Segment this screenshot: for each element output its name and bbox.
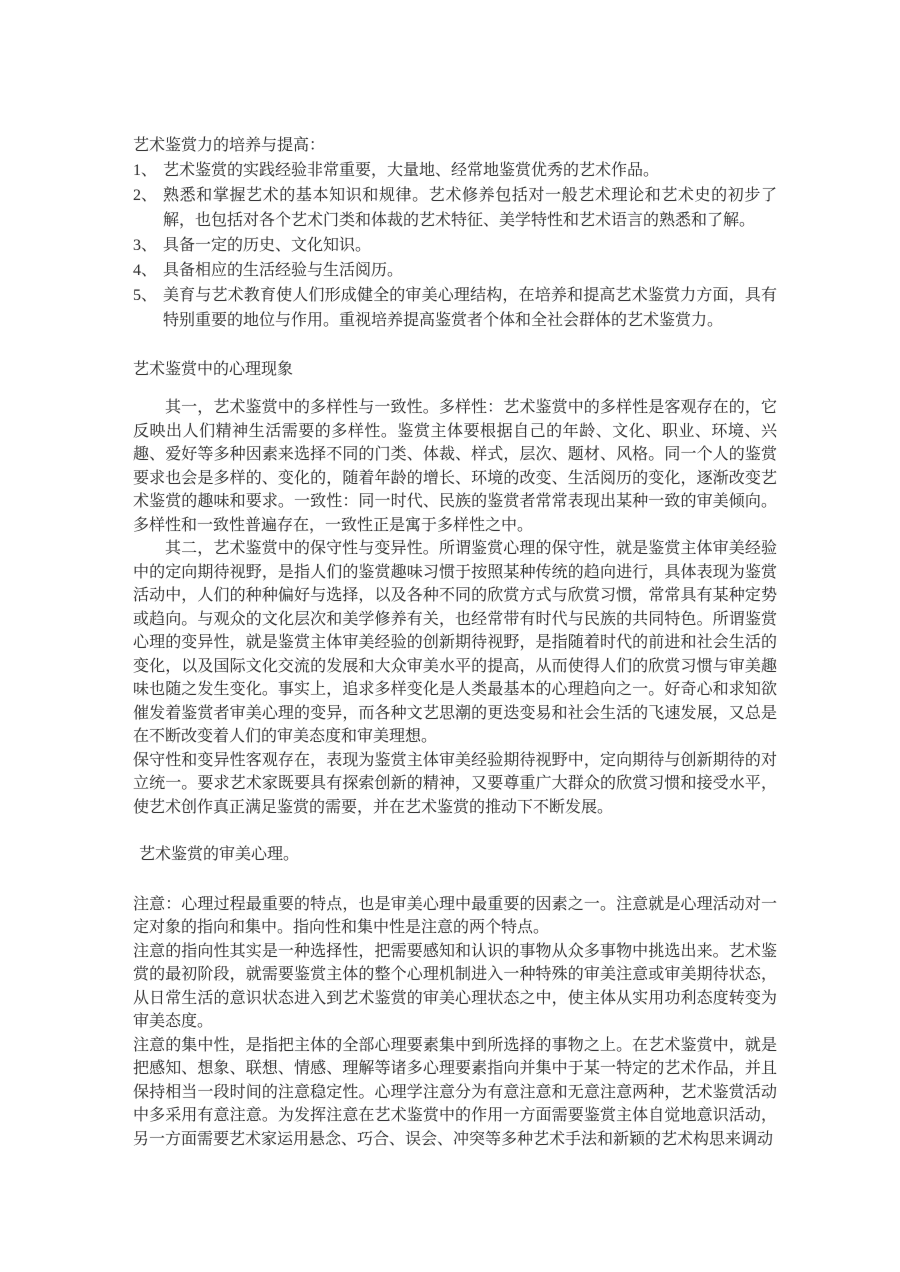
- list-item-number: 4、: [133, 258, 157, 283]
- section-heading-aesthetic-psychology: 艺术鉴赏的审美心理。: [133, 843, 777, 867]
- list-item-number: 2、: [133, 183, 157, 208]
- section-heading-psychology: 艺术鉴赏中的心理现象: [133, 357, 777, 382]
- paragraph-conclusion: 保守性和变异性客观存在，表现为鉴赏主体审美经验期待视野中，定向期待与创新期待的对…: [133, 749, 777, 820]
- list-item: 1、 艺术鉴赏的实践经验非常重要，大量地、经常地鉴赏优秀的艺术作品。: [133, 158, 777, 183]
- list-item-text: 具备一定的历史、文化知识。: [163, 237, 371, 254]
- list-item-number: 1、: [133, 158, 157, 183]
- list-item: 4、 具备相应的生活经验与生活阅历。: [133, 258, 777, 283]
- paragraph-diversity-consistency: 其一，艺术鉴赏中的多样性与一致性。多样性：艺术鉴赏中的多样性是客观存在的，它反映…: [133, 396, 777, 537]
- paragraph-attention-direction: 注意的指向性其实是一种选择性，把需要感知和认识的事物从众多事物中挑选出来。艺术鉴…: [133, 940, 777, 1034]
- list-item-text: 具备相应的生活经验与生活阅历。: [163, 262, 403, 279]
- list-item: 2、 熟悉和掌握艺术的基本知识和规律。艺术修养包括对一般艺术理论和艺术史的初步了…: [133, 183, 777, 233]
- document-page: 艺术鉴赏力的培养与提高： 1、 艺术鉴赏的实践经验非常重要，大量地、经常地鉴赏优…: [0, 0, 900, 1272]
- numbered-list: 1、 艺术鉴赏的实践经验非常重要，大量地、经常地鉴赏优秀的艺术作品。 2、 熟悉…: [133, 158, 777, 333]
- document-content: 艺术鉴赏力的培养与提高： 1、 艺术鉴赏的实践经验非常重要，大量地、经常地鉴赏优…: [133, 133, 777, 1151]
- list-item-number: 5、: [133, 283, 157, 308]
- list-item: 5、 美育与艺术教育使人们形成健全的审美心理结构，在培养和提高艺术鉴赏力方面，具…: [133, 283, 777, 333]
- document-title: 艺术鉴赏力的培养与提高：: [133, 133, 777, 158]
- paragraph-attention: 注意：心理过程最重要的特点，也是审美心理中最重要的因素之一。注意就是心理活动对一…: [133, 893, 777, 940]
- paragraph-attention-concentration: 注意的集中性，是指把主体的全部心理要素集中到所选择的事物之上。在艺术鉴赏中，就是…: [133, 1034, 777, 1152]
- list-item-text: 熟悉和掌握艺术的基本知识和规律。艺术修养包括对一般艺术理论和艺术史的初步了解，也…: [163, 187, 777, 229]
- list-item-text: 美育与艺术教育使人们形成健全的审美心理结构，在培养和提高艺术鉴赏力方面，具有特别…: [163, 287, 777, 329]
- paragraph-conservatism-variability: 其二，艺术鉴赏中的保守性与变异性。所谓鉴赏心理的保守性，就是鉴赏主体审美经验中的…: [133, 537, 777, 749]
- list-item-number: 3、: [133, 233, 157, 258]
- list-item: 3、 具备一定的历史、文化知识。: [133, 233, 777, 258]
- list-item-text: 艺术鉴赏的实践经验非常重要，大量地、经常地鉴赏优秀的艺术作品。: [163, 162, 659, 179]
